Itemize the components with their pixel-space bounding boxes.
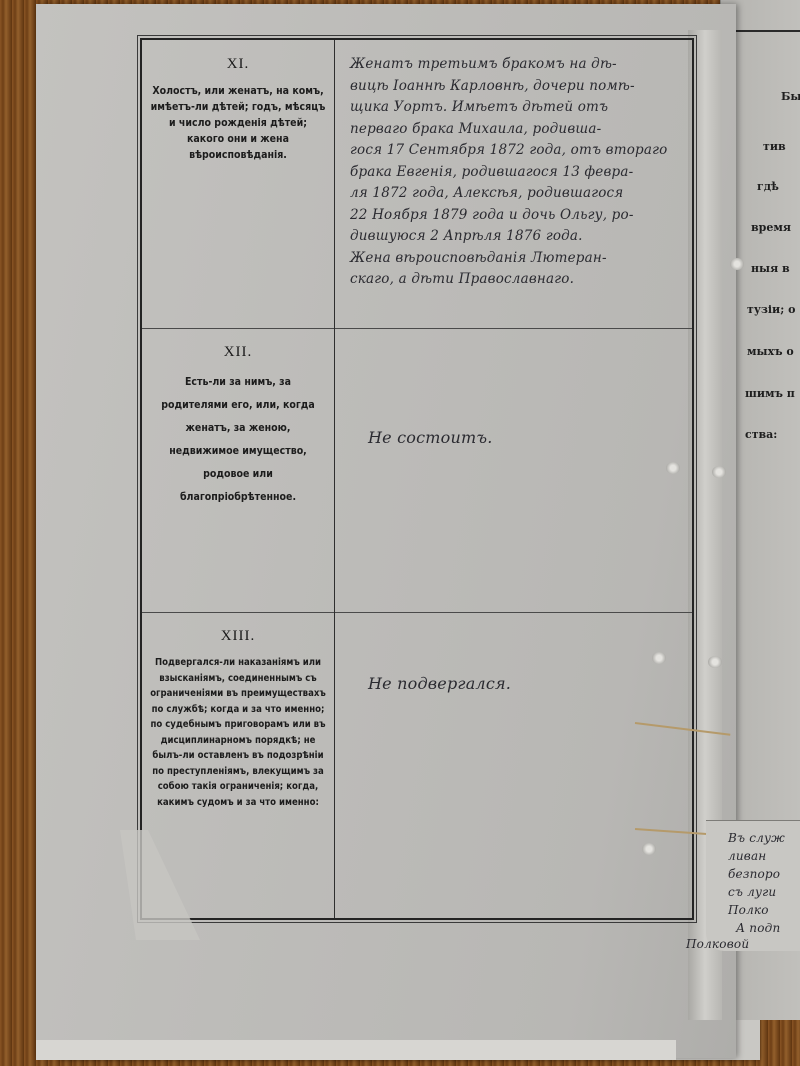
punch-hole [708,656,722,668]
adjacent-fragment: тузіи; о [747,303,795,316]
answer-cell: Женатъ третьимъ бракомъ на дѣ- вицѣ Іоан… [336,40,692,328]
section-xi: XI. Холостъ, или женатъ, на комъ, имѣетъ… [142,40,692,329]
answer-line: щика Уортъ. Имѣетъ дѣтей отъ [350,97,686,119]
answer-line: брака Евгенія, родившагося 13 февра- [350,162,686,184]
question-text: Есть-ли за нимъ, за родителями его, или,… [150,371,326,509]
question-cell: XIII. Подвергался-ли наказаніямъ или взы… [142,612,335,918]
note-line: Полковой [686,935,749,953]
handwritten-answer: Не подвергался. [368,674,511,693]
note-line: безпоро [728,865,780,883]
answer-line: скаго, а дѣти Православнаго. [350,269,686,291]
note-line: съ луги [728,883,776,901]
punch-hole [642,843,656,855]
question-cell: XI. Холостъ, или женатъ, на комъ, имѣетъ… [142,40,335,328]
answer-line: ля 1872 года, Алексѣя, родившагося [350,183,686,205]
punch-hole [666,462,680,474]
adjacent-page-frame [733,30,800,932]
adjacent-fragment: время [751,221,791,234]
note-line: ливан [728,847,766,865]
question-text: Подвергался-ли наказаніямъ или взысканія… [150,655,326,810]
question-text: Холостъ, или женатъ, на комъ, имѣетъ-ли … [150,83,326,163]
section-number: XI. [142,56,334,73]
answer-cell: Не состоитъ. [336,328,692,612]
punch-hole [652,652,666,664]
section-number: XII. [142,344,334,361]
section-xiii: XIII. Подвергался-ли наказаніямъ или взы… [142,612,692,918]
note-line: Въ служ [728,829,785,847]
note-line: Полко [728,901,769,919]
answer-line: Жена вѣроисповѣданія Лютеран- [350,248,686,270]
adjacent-fragment: шимъ п [745,387,795,400]
section-xii: XII. Есть-ли за нимъ, за родителями его,… [142,328,692,613]
answer-line: гося 17 Сентября 1872 года, отъ втораго [350,140,686,162]
adjacent-fragment: гдѣ [757,180,779,193]
adjacent-fragment: ства: [745,428,777,441]
adjacent-fragment: ныя в [751,262,790,275]
adjacent-fragment: тив [763,140,786,153]
punch-hole [730,258,744,270]
handwritten-answer: Женатъ третьимъ бракомъ на дѣ- вицѣ Іоан… [350,54,686,291]
question-cell: XII. Есть-ли за нимъ, за родителями его,… [142,328,335,612]
section-number: XIII. [142,628,334,645]
answer-line: Женатъ третьимъ бракомъ на дѣ- [350,54,686,76]
punch-hole [712,466,726,478]
attached-note: Въ служ ливан безпоро съ луги Полко А по… [706,820,800,951]
adjacent-fragment: Бы [781,90,800,103]
answer-cell: Не подвергался. [336,612,692,918]
answer-line: перваго брака Михаила, родивша- [350,119,686,141]
page-bottom-edge [36,1040,676,1060]
handwritten-answer: Не состоитъ. [368,428,493,447]
adjacent-fragment: мыхъ о [747,345,794,358]
answer-line: вицѣ Іоаннѣ Карловнѣ, дочери помѣ- [350,76,686,98]
record-table: XI. Холостъ, или женатъ, на комъ, имѣетъ… [140,38,694,920]
answer-line: дившуюся 2 Апрѣля 1876 года. [350,226,686,248]
answer-line: 22 Ноября 1879 года и дочь Ольгу, ро- [350,205,686,227]
